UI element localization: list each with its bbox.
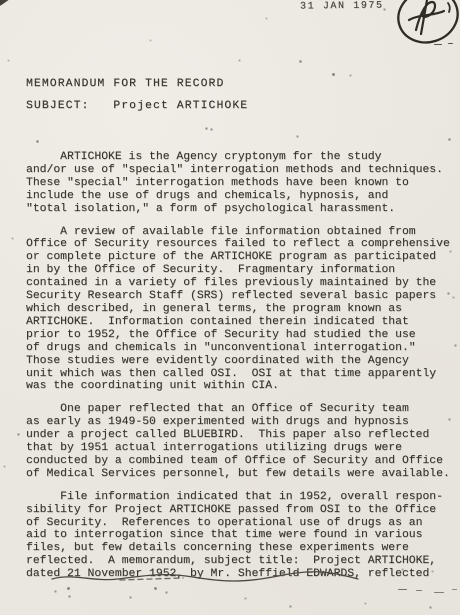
paragraph: A review of available file information o… bbox=[26, 226, 456, 394]
scan-noise-specks bbox=[0, 0, 1, 1]
memo-heading: MEMORANDUM FOR THE RECORD bbox=[26, 78, 224, 90]
subject-line: SUBJECT: Project ARTICHOKE bbox=[26, 100, 248, 112]
date-stamp: 31 JAN 1975 bbox=[300, 1, 384, 13]
paragraph: One paper reflected that an Office of Se… bbox=[26, 403, 456, 480]
wavy-underline-annotation bbox=[48, 570, 363, 588]
circled-initials-scribble-icon bbox=[392, 0, 460, 48]
scan-corner-mark bbox=[0, 0, 10, 6]
scanned-memo-page: 31 JAN 1975 MEMORANDUM FOR THE RECORD SU… bbox=[0, 0, 460, 615]
paragraph: ARTICHOKE is the Agency cryptonym for th… bbox=[26, 151, 456, 216]
memo-body: ARTICHOKE is the Agency cryptonym for th… bbox=[26, 151, 456, 591]
paragraph: File information indicated that in 1952,… bbox=[26, 491, 456, 581]
scan-dash-mark bbox=[416, 590, 422, 591]
scan-dash-mark bbox=[434, 592, 444, 593]
